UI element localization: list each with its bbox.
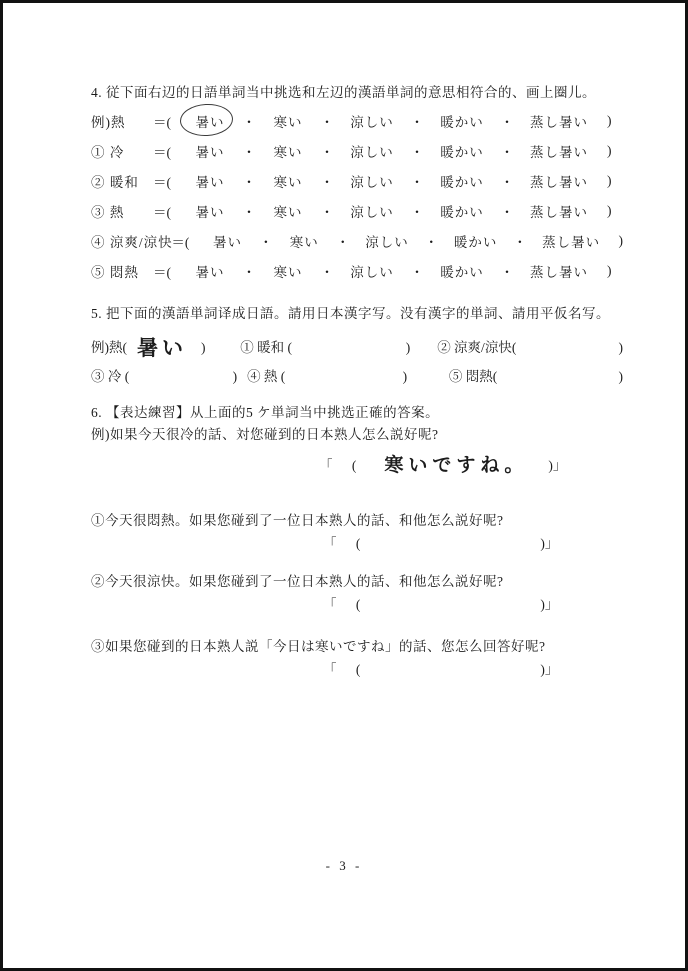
- separator-dot: ・: [237, 111, 261, 131]
- close-paren: ): [607, 173, 612, 189]
- answer-open-bracket: 「 (: [323, 532, 368, 552]
- separator-dot: ・: [254, 231, 278, 251]
- separator-dot: ・: [315, 171, 339, 191]
- close-paren: ): [201, 340, 206, 356]
- option-word: 蒸し暑い: [519, 201, 599, 221]
- separator-dot: ・: [331, 231, 355, 251]
- option-word: 寒い: [261, 261, 315, 281]
- example-label: 例)熱(: [91, 336, 127, 356]
- translation-row-1: 例)熱( 暑い ) ① 暖和 ( ) ② 涼爽/涼快( ): [91, 334, 623, 356]
- section-5-translation: 5. 把下面的漢語単詞译成日語。請用日本漢字写。没有漢字的単詞、請用平仮名写。 …: [91, 306, 623, 385]
- close-paren: ): [619, 340, 624, 356]
- separator-dot: ・: [315, 141, 339, 161]
- answer-close-bracket: )」: [540, 532, 558, 552]
- separator-dot: ・: [495, 201, 519, 221]
- item-label: ④ 熱 (: [247, 365, 285, 385]
- question-3: ③如果您碰到的日本熟人説「今日は寒いですね」的話、您怎么回答好呢?: [91, 639, 623, 655]
- equals-open-paren: ＝(: [153, 201, 183, 221]
- option-word: 暖かい: [429, 141, 495, 161]
- separator-dot: ・: [237, 261, 261, 281]
- option-word: 寒い: [261, 141, 315, 161]
- option-word: 寒い: [261, 171, 315, 191]
- separator-dot: ・: [237, 141, 261, 161]
- page-number: - 3 -: [3, 858, 685, 874]
- option-word: 暖かい: [429, 261, 495, 281]
- answer-open-bracket: 「 (: [323, 658, 368, 678]
- separator-dot: ・: [405, 201, 429, 221]
- separator-dot: ・: [315, 261, 339, 281]
- answer-close-bracket: )」: [548, 454, 566, 474]
- matching-row-example: 例)熱 ＝( 暑い ・ 寒い ・ 涼しい ・ 暖かい ・ 蒸し暑い ): [91, 113, 623, 129]
- close-paren: ): [607, 263, 612, 279]
- option-word: 涼しい: [339, 201, 405, 221]
- circled-answer: 暑い: [196, 111, 225, 131]
- close-paren: ): [619, 369, 624, 385]
- separator-dot: ・: [495, 111, 519, 131]
- answer-line-2: 「 ( )」: [323, 593, 623, 613]
- option-word: 暑い: [201, 231, 254, 251]
- option-word: 暖かい: [429, 201, 495, 221]
- example-answer-line: 「 ( 寒いですね。 )」: [319, 450, 623, 477]
- worksheet-page: 4. 従下面右辺的日語単詞当中挑选和左辺的漢語単詞的意思相符合的、画上圈儿。 例…: [0, 0, 688, 971]
- matching-row-4: ④ 涼爽/涼快 ＝( 暑い ・ 寒い ・ 涼しい ・ 暖かい ・ 蒸し暑い ): [91, 233, 623, 249]
- separator-dot: ・: [405, 261, 429, 281]
- separator-dot: ・: [315, 201, 339, 221]
- row-label: ⑤ 悶熱: [91, 261, 153, 281]
- option-word: 寒い: [278, 231, 331, 251]
- option-word: 暖かい: [443, 231, 508, 251]
- equals-open-paren: ＝(: [171, 231, 201, 251]
- answer-line-3: 「 ( )」: [323, 658, 623, 678]
- answer-open-bracket: 「 (: [319, 454, 364, 474]
- separator-dot: ・: [315, 111, 339, 131]
- example-question: 例)如果今天很冷的話、対您碰到的日本熟人怎么説好呢?: [91, 427, 623, 443]
- section-6-expression: 6. 【表达練習】从上面的5 ケ単詞当中挑选正確的答案。 例)如果今天很冷的話、…: [91, 405, 623, 678]
- option-word: 暑い: [183, 261, 237, 281]
- section-4-matching: 4. 従下面右辺的日語単詞当中挑选和左辺的漢語単詞的意思相符合的、画上圈儿。 例…: [91, 85, 623, 279]
- separator-dot: ・: [405, 111, 429, 131]
- item-label: ② 涼爽/涼快(: [437, 336, 516, 356]
- close-paren: ): [233, 369, 238, 385]
- option-word: 暖かい: [429, 111, 495, 131]
- option-word: 涼しい: [339, 261, 405, 281]
- option-word: 寒い: [261, 111, 315, 131]
- option-word: 蒸し暑い: [532, 231, 611, 251]
- option-word: 蒸し暑い: [519, 141, 599, 161]
- option-word: 蒸し暑い: [519, 171, 599, 191]
- answer-open-bracket: 「 (: [323, 593, 368, 613]
- option-word: 暑い: [183, 171, 237, 191]
- separator-dot: ・: [508, 231, 532, 251]
- close-paren: ): [607, 143, 612, 159]
- separator-dot: ・: [405, 171, 429, 191]
- separator-dot: ・: [405, 141, 429, 161]
- close-paren: ): [406, 340, 411, 356]
- item-label: ③ 冷 (: [91, 365, 129, 385]
- separator-dot: ・: [237, 171, 261, 191]
- equals-open-paren: ＝(: [153, 171, 183, 191]
- translation-row-2: ③ 冷 ( ) ④ 熱 ( ) ⑤ 悶熱( ): [91, 363, 623, 385]
- matching-row-1: ① 冷 ＝( 暑い ・ 寒い ・ 涼しい ・ 暖かい ・ 蒸し暑い ): [91, 143, 623, 159]
- option-word: 涼しい: [339, 171, 405, 191]
- option-word: 暑い: [183, 141, 237, 161]
- question-1: ①今天很悶熱。如果您碰到了一位日本熟人的話、和他怎么説好呢?: [91, 513, 623, 529]
- matching-row-3: ③ 熱 ＝( 暑い ・ 寒い ・ 涼しい ・ 暖かい ・ 蒸し暑い ): [91, 203, 623, 219]
- section5-title: 5. 把下面的漢語単詞译成日語。請用日本漢字写。没有漢字的単詞、請用平仮名写。: [91, 306, 623, 322]
- close-paren: ): [618, 233, 623, 249]
- row-label: 例)熱: [91, 111, 153, 131]
- handwritten-answer: 寒いですね。: [384, 450, 528, 477]
- row-label: ③ 熱: [91, 201, 153, 221]
- matching-row-5: ⑤ 悶熱 ＝( 暑い ・ 寒い ・ 涼しい ・ 暖かい ・ 蒸し暑い ): [91, 263, 623, 279]
- question-2: ②今天很涼快。如果您碰到了一位日本熟人的話、和他怎么説好呢?: [91, 574, 623, 590]
- matching-row-2: ② 暖和 ＝( 暑い ・ 寒い ・ 涼しい ・ 暖かい ・ 蒸し暑い ): [91, 173, 623, 189]
- equals-open-paren: ＝(: [153, 111, 183, 131]
- separator-dot: ・: [495, 261, 519, 281]
- option-word: 蒸し暑い: [519, 261, 599, 281]
- row-label: ④ 涼爽/涼快: [91, 231, 171, 251]
- answer-close-bracket: )」: [540, 593, 558, 613]
- option-word: 涼しい: [339, 111, 405, 131]
- section4-title: 4. 従下面右辺的日語単詞当中挑选和左辺的漢語単詞的意思相符合的、画上圈儿。: [91, 85, 623, 101]
- handwritten-answer: 暑い: [137, 338, 187, 358]
- answer-line-1: 「 ( )」: [323, 532, 623, 552]
- option-word: 蒸し暑い: [519, 111, 599, 131]
- option-word: 涼しい: [339, 141, 405, 161]
- answer-close-bracket: )」: [540, 658, 558, 678]
- section6-title: 6. 【表达練習】从上面的5 ケ単詞当中挑选正確的答案。: [91, 405, 623, 421]
- row-label: ① 冷: [91, 141, 153, 161]
- close-paren: ): [607, 113, 612, 129]
- item-label: ① 暖和 (: [240, 336, 292, 356]
- close-paren: ): [607, 203, 612, 219]
- option-word: 寒い: [261, 201, 315, 221]
- equals-open-paren: ＝(: [153, 141, 183, 161]
- separator-dot: ・: [495, 141, 519, 161]
- separator-dot: ・: [495, 171, 519, 191]
- equals-open-paren: ＝(: [153, 261, 183, 281]
- separator-dot: ・: [237, 201, 261, 221]
- option-word: 涼しい: [355, 231, 420, 251]
- option-word: 暑い: [183, 201, 237, 221]
- close-paren: ): [403, 369, 408, 385]
- row-label: ② 暖和: [91, 171, 153, 191]
- separator-dot: ・: [419, 231, 443, 251]
- option-word: 暖かい: [429, 171, 495, 191]
- item-label: ⑤ 悶熱(: [449, 365, 497, 385]
